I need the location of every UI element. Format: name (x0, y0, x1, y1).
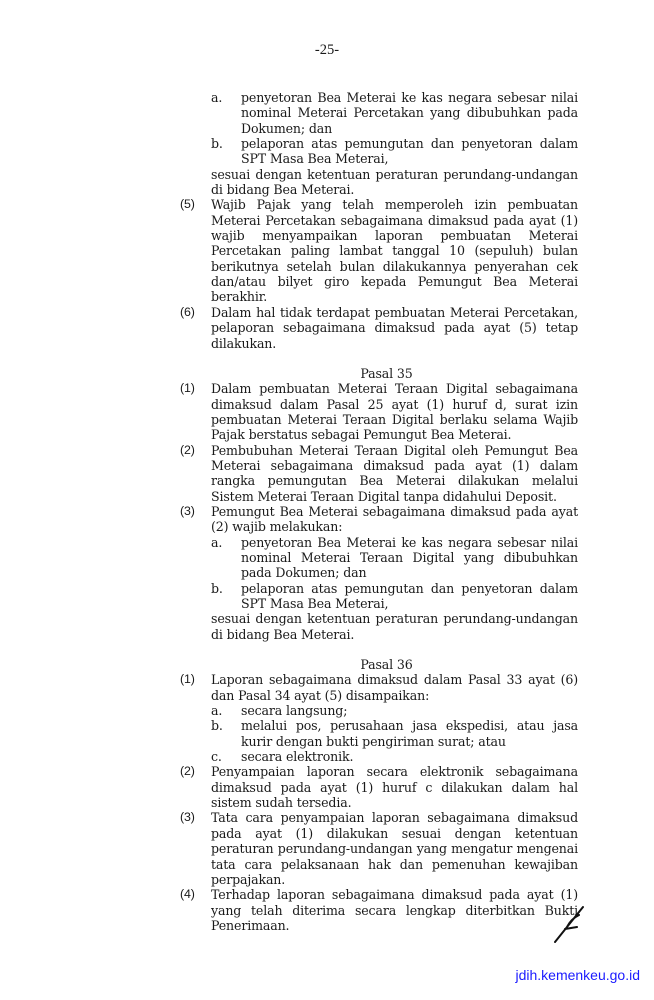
ayat-number: (2) (180, 764, 211, 810)
item-letter: a. (211, 703, 241, 718)
ayat-text: Dalam pembuatan Meterai Teraan Digital s… (211, 381, 578, 442)
clause-tail: sesuai dengan ketentuan peraturan perund… (211, 167, 578, 198)
ayat-number: (3) (180, 810, 211, 887)
list-item: a. penyetoran Bea Meterai ke kas negara … (211, 90, 578, 136)
item-letter: a. (211, 535, 241, 581)
list-item: a. penyetoran Bea Meterai ke kas negara … (211, 535, 578, 581)
ayat-text: Tata cara penyampaian laporan sebagaiman… (211, 810, 578, 887)
ayat: (4) Terhadap laporan sebagaimana dimaksu… (180, 887, 578, 933)
ayat: (3) Tata cara penyampaian laporan sebaga… (180, 810, 578, 887)
paraf-signature-icon (553, 905, 587, 943)
item-text: pelaporan atas pemungutan dan penyetoran… (241, 136, 578, 167)
item-text: penyetoran Bea Meterai ke kas negara seb… (241, 535, 578, 581)
document-body: a. penyetoran Bea Meterai ke kas negara … (180, 90, 578, 933)
ayat: (1) Laporan sebagaimana dimaksud dalam P… (180, 672, 578, 703)
pasal-heading: Pasal 36 (180, 657, 578, 672)
item-letter: c. (211, 749, 241, 764)
item-text: secara elektronik. (241, 749, 578, 764)
item-letter: b. (211, 718, 241, 749)
ayat-number: (4) (180, 887, 211, 933)
ayat-text: Dalam hal tidak terdapat pembuatan Meter… (211, 305, 578, 351)
ayat: (1) Dalam pembuatan Meterai Teraan Digit… (180, 381, 578, 442)
item-text: pelaporan atas pemungutan dan penyetoran… (241, 581, 578, 612)
ayat-text: Pemungut Bea Meterai sebagaimana dimaksu… (211, 504, 578, 535)
list-item: b. melalui pos, perusahaan jasa ekspedis… (211, 718, 578, 749)
item-text: penyetoran Bea Meterai ke kas negara seb… (241, 90, 578, 136)
ayat: (3) Pemungut Bea Meterai sebagaimana dim… (180, 504, 578, 535)
item-text: secara langsung; (241, 703, 578, 718)
list-item: b. pelaporan atas pemungutan dan penyeto… (211, 136, 578, 167)
ayat-number: (6) (180, 305, 211, 351)
item-letter: b. (211, 581, 241, 612)
ayat-number: (5) (180, 197, 211, 304)
ayat-number: (1) (180, 381, 211, 442)
ayat: (2) Pembubuhan Meterai Teraan Digital ol… (180, 443, 578, 504)
ayat-text: Pembubuhan Meterai Teraan Digital oleh P… (211, 443, 578, 504)
ayat-number: (2) (180, 443, 211, 504)
ayat: (5) Wajib Pajak yang telah memperoleh iz… (180, 197, 578, 304)
list-item: b. pelaporan atas pemungutan dan penyeto… (211, 581, 578, 612)
ayat-text: Penyampaian laporan secara elektronik se… (211, 764, 578, 810)
pasal-heading: Pasal 35 (180, 366, 578, 381)
item-letter: a. (211, 90, 241, 136)
item-letter: b. (211, 136, 241, 167)
list-item: a. secara langsung; (211, 703, 578, 718)
list-item: c. secara elektronik. (211, 749, 578, 764)
ayat: (6) Dalam hal tidak terdapat pembuatan M… (180, 305, 578, 351)
clause-tail: sesuai dengan ketentuan peraturan perund… (211, 611, 578, 642)
jdih-website-link[interactable]: jdih.kemenkeu.go.id (515, 967, 640, 983)
ayat-number: (3) (180, 504, 211, 535)
ayat-text: Terhadap laporan sebagaimana dimaksud pa… (211, 887, 578, 933)
ayat-number: (1) (180, 672, 211, 703)
ayat-text: Laporan sebagaimana dimaksud dalam Pasal… (211, 672, 578, 703)
item-text: melalui pos, perusahaan jasa ekspedisi, … (241, 718, 578, 749)
ayat: (2) Penyampaian laporan secara elektroni… (180, 764, 578, 810)
page-number: -25- (0, 42, 654, 59)
ayat-text: Wajib Pajak yang telah memperoleh izin p… (211, 197, 578, 304)
